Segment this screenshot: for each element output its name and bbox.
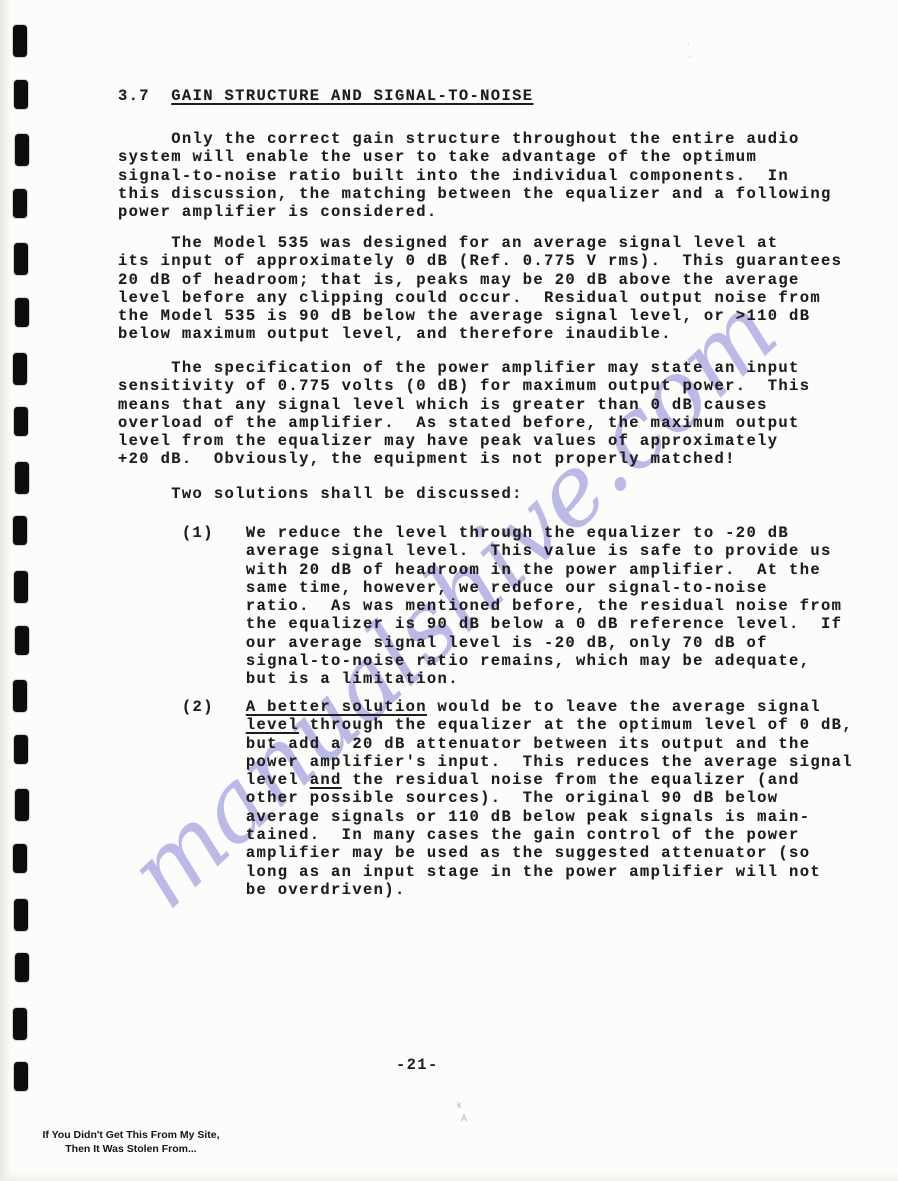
- list-item-2: (2) A better solution would be to leave …: [118, 698, 853, 899]
- scan-speck: ': [688, 42, 690, 52]
- page-number: -21-: [396, 1056, 439, 1074]
- text-segment: [118, 716, 246, 734]
- text-segment: signal-to-noise ratio remains, which may…: [118, 652, 810, 670]
- text-segment: but add a 20 dB attenuator between its o…: [118, 735, 810, 753]
- text-segment: tained. In many cases the gain control o…: [118, 826, 800, 844]
- paragraph-intro: Only the correct gain structure througho…: [118, 130, 832, 221]
- text-line: means that any signal level which is gre…: [118, 396, 810, 414]
- text-segment: this discussion, the matching between th…: [118, 185, 832, 203]
- text-segment: Only the correct gain structure througho…: [118, 130, 800, 148]
- scanned-page: manualshive.com 3.7 GAIN STRUCTURE AND S…: [0, 0, 898, 1181]
- text-line: power amplifier is considered.: [118, 203, 832, 221]
- binding-hole-mark: [13, 680, 27, 712]
- text-segment: be overdriven).: [118, 881, 406, 899]
- text-segment: power amplifier is considered.: [118, 203, 438, 221]
- binding-hole-mark: [14, 80, 28, 109]
- footer-note-line-1: If You Didn't Get This From My Site,: [28, 1128, 234, 1142]
- text-line: (2) A better solution would be to leave …: [118, 698, 853, 716]
- footer-note-line-2: Then It Was Stolen From...: [28, 1142, 234, 1156]
- text-segment: means that any signal level which is gre…: [118, 396, 768, 414]
- text-line: the equalizer is 90 dB below a 0 dB refe…: [118, 615, 842, 633]
- text-line: its input of approximately 0 dB (Ref. 0.…: [118, 252, 842, 270]
- text-line: be overdriven).: [118, 881, 853, 899]
- paragraph-model-535: The Model 535 was designed for an averag…: [118, 234, 842, 344]
- binding-hole-mark: [13, 516, 27, 545]
- text-segment: (1) We reduce the level through the equa…: [118, 524, 789, 542]
- text-line: but is a limitation.: [118, 670, 842, 688]
- text-line: ratio. As was mentioned before, the resi…: [118, 597, 842, 615]
- text-segment: same time, however, we reduce our signal…: [118, 579, 768, 597]
- text-line: overload of the amplifier. As stated bef…: [118, 414, 810, 432]
- text-line: the Model 535 is 90 dB below the average…: [118, 307, 842, 325]
- text-segment: average signal level. This value is safe…: [118, 542, 832, 560]
- paragraph-two-solutions: Two solutions shall be discussed:: [118, 485, 523, 503]
- binding-hole-mark: [14, 899, 28, 931]
- text-segment: Two solutions shall be discussed:: [118, 485, 523, 503]
- text-segment: power amplifier's input. This reduces th…: [118, 753, 853, 771]
- binding-hole-mark: [14, 243, 28, 275]
- binding-hole-mark: [15, 789, 29, 821]
- text-segment: signal-to-noise ratio built into the ind…: [118, 167, 789, 185]
- text-line: 20 dB of headroom; that is, peaks may be…: [118, 271, 842, 289]
- text-line: level from the equalizer may have peak v…: [118, 432, 810, 450]
- scan-speck: A: [461, 1113, 467, 1123]
- text-segment: long as an input stage in the power ampl…: [118, 863, 821, 881]
- text-line: our average signal level is -20 dB, only…: [118, 634, 842, 652]
- text-line: tained. In many cases the gain control o…: [118, 826, 853, 844]
- text-line: amplifier may be used as the suggested a…: [118, 844, 853, 862]
- scan-speck: k: [457, 1100, 462, 1110]
- text-segment: the equalizer is 90 dB below a 0 dB refe…: [118, 615, 842, 633]
- underlined-text: GAIN STRUCTURE AND SIGNAL-TO-NOISE: [171, 87, 533, 105]
- binding-hole-mark: [14, 571, 28, 603]
- text-segment: amplifier may be used as the suggested a…: [118, 844, 810, 862]
- text-segment: other possible sources). The original 90…: [118, 789, 778, 807]
- text-segment: our average signal level is -20 dB, only…: [118, 634, 768, 652]
- binding-hole-mark: [15, 462, 29, 494]
- list-item-1: (1) We reduce the level through the equa…: [118, 524, 842, 689]
- underlined-text: level: [246, 716, 299, 734]
- text-segment: level from the equalizer may have peak v…: [118, 432, 778, 450]
- text-line: same time, however, we reduce our signal…: [118, 579, 842, 597]
- page-left-edge-shadow: [0, 0, 11, 1181]
- footer-note: If You Didn't Get This From My Site, The…: [28, 1128, 234, 1156]
- binding-hole-mark: [13, 1008, 27, 1040]
- section-heading: 3.7 GAIN STRUCTURE AND SIGNAL-TO-NOISE: [118, 87, 533, 105]
- text-segment: The Model 535 was designed for an averag…: [118, 234, 778, 252]
- text-line: The specification of the power amplifier…: [118, 359, 810, 377]
- text-segment: the Model 535 is 90 dB below the average…: [118, 307, 810, 325]
- text-segment: level before any clipping could occur. R…: [118, 289, 821, 307]
- text-line: level through the equalizer at the optim…: [118, 716, 853, 734]
- text-segment: average signals or 110 dB below peak sig…: [118, 808, 810, 826]
- text-line: with 20 dB of headroom in the power ampl…: [118, 561, 842, 579]
- text-line: The Model 535 was designed for an averag…: [118, 234, 842, 252]
- paragraph-amplifier-spec: The specification of the power amplifier…: [118, 359, 810, 469]
- binding-hole-mark: [14, 407, 28, 436]
- binding-hole-mark: [13, 353, 27, 385]
- text-line: average signal level. This value is safe…: [118, 542, 842, 560]
- underlined-text: and: [310, 771, 342, 789]
- binding-hole-mark: [13, 844, 27, 873]
- text-segment: level: [118, 771, 310, 789]
- text-segment: with 20 dB of headroom in the power ampl…: [118, 561, 821, 579]
- text-line: other possible sources). The original 90…: [118, 789, 853, 807]
- binding-hole-mark: [15, 626, 29, 655]
- binding-hole-mark: [15, 134, 29, 166]
- binding-hole-mark: [14, 1062, 28, 1091]
- text-segment: sensitivity of 0.775 volts (0 dB) for ma…: [118, 377, 810, 395]
- text-segment: The specification of the power amplifier…: [118, 359, 800, 377]
- text-line: 3.7 GAIN STRUCTURE AND SIGNAL-TO-NOISE: [118, 87, 533, 105]
- text-line: +20 dB. Obviously, the equipment is not …: [118, 450, 810, 468]
- text-segment: would be to leave the average signal: [427, 698, 821, 716]
- underlined-text: A better solution: [246, 698, 427, 716]
- text-line: long as an input stage in the power ampl…: [118, 863, 853, 881]
- text-segment: system will enable the user to take adva…: [118, 148, 757, 166]
- binding-hole-mark: [13, 25, 27, 57]
- text-line: system will enable the user to take adva…: [118, 148, 832, 166]
- text-line: level before any clipping could occur. R…: [118, 289, 842, 307]
- scan-speck: ': [689, 54, 691, 64]
- text-line: (1) We reduce the level through the equa…: [118, 524, 842, 542]
- text-line: Two solutions shall be discussed:: [118, 485, 523, 503]
- text-segment: 20 dB of headroom; that is, peaks may be…: [118, 271, 800, 289]
- text-segment: through the equalizer at the optimum lev…: [299, 716, 853, 734]
- text-segment: 3.7: [118, 87, 171, 105]
- text-line: average signals or 110 dB below peak sig…: [118, 808, 853, 826]
- page-bottom-edge-shadow: [0, 1173, 898, 1181]
- text-line: power amplifier's input. This reduces th…: [118, 753, 853, 771]
- text-line: below maximum output level, and therefor…: [118, 325, 842, 343]
- text-segment: its input of approximately 0 dB (Ref. 0.…: [118, 252, 842, 270]
- text-line: Only the correct gain structure througho…: [118, 130, 832, 148]
- text-line: level and the residual noise from the eq…: [118, 771, 853, 789]
- binding-hole-mark: [14, 735, 28, 764]
- text-segment: below maximum output level, and therefor…: [118, 325, 672, 343]
- text-line: signal-to-noise ratio remains, which may…: [118, 652, 842, 670]
- text-segment: ratio. As was mentioned before, the resi…: [118, 597, 842, 615]
- text-line: this discussion, the matching between th…: [118, 185, 832, 203]
- text-line: sensitivity of 0.775 volts (0 dB) for ma…: [118, 377, 810, 395]
- text-segment: +20 dB. Obviously, the equipment is not …: [118, 450, 736, 468]
- text-segment: (2): [118, 698, 246, 716]
- text-segment: but is a limitation.: [118, 670, 459, 688]
- text-segment: overload of the amplifier. As stated bef…: [118, 414, 800, 432]
- text-segment: the residual noise from the equalizer (a…: [342, 771, 800, 789]
- text-line: but add a 20 dB attenuator between its o…: [118, 735, 853, 753]
- binding-hole-mark: [15, 953, 29, 982]
- binding-hole-mark: [13, 189, 27, 218]
- binding-hole-mark: [15, 298, 29, 327]
- text-line: signal-to-noise ratio built into the ind…: [118, 167, 832, 185]
